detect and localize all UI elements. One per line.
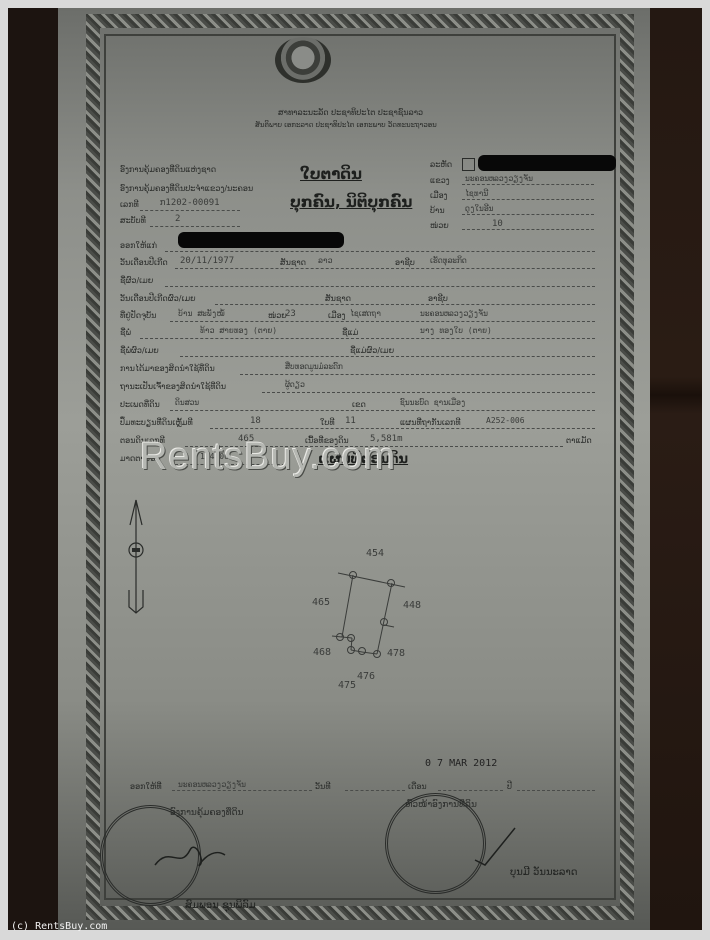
copyright-notice: (c) RentsBuy.com: [11, 921, 107, 932]
field-value-zone: ຊົນນະບົດ ຊານເມືອງ: [400, 398, 466, 407]
field-label-spouse-mother: ຊື່ແມ່ຜົວ/ເມຍ: [350, 346, 394, 355]
village-label: ບ້ານ: [430, 206, 445, 215]
left-sign-name: ສົມພອນ ຊຸນພິລົມ: [185, 900, 256, 911]
field-value-ownership: ຜູ້ດຽວ: [285, 380, 305, 389]
field-value-unit: 23: [285, 309, 296, 319]
rentsbuy-watermark: RentsBuy.com: [140, 436, 396, 479]
field-label-sheet: ໃບທີ: [320, 418, 335, 427]
district-label: ເມືອງ: [430, 191, 448, 200]
field-value-map-number: A252-006: [486, 416, 525, 425]
left-signature-icon: [150, 835, 230, 875]
national-emblem-icon: [275, 37, 331, 83]
right-sign-name: ບຸນມີ ວັນນະລາດ: [510, 867, 577, 878]
issued-at-label: ອອກໃຫ້ທີ່: [130, 782, 162, 791]
dept-line-1: ອົງການຄຸ້ມຄອງທີ່ດິນແຫ່ງຊາດ: [120, 165, 216, 174]
field-label-register-book: ປຶ້ມທະບຽນທີ່ດິນເຫຼັ້ມທີ: [120, 418, 193, 427]
right-signature-icon: [470, 825, 520, 870]
province-value: ນະຄອນຫລວງວຽງຈັນ: [465, 174, 533, 183]
field-value-mother: ນາງ ທອງໃບ (ຕາຍ): [420, 326, 492, 335]
field-label-spouse-dob: ວັນເດືອນປີເກີດຜົວ/ເມຍ: [120, 294, 196, 303]
volume-number: 2: [175, 214, 180, 224]
field-value-acquisition: ສືບທອດມູນມໍລະດົກ: [285, 362, 343, 371]
redacted-owner-name: [178, 232, 344, 248]
field-value-father: ທ້າວ ສາຍທອງ (ຕາຍ): [200, 326, 277, 335]
field-label-ownership: ຖານະເປັນເຈົ້າຂອງສິດນຳໃຊ້ທີ່ດິນ: [120, 382, 226, 391]
field-label-dob: ວັນເດືອນປີເກີດ: [120, 258, 168, 267]
field-label-spouse: ຊື່ຜົວ/ເມຍ: [120, 276, 153, 285]
parcel-label-west: 465: [312, 597, 330, 608]
field-label-father: ຊື່ພໍ່: [120, 328, 131, 337]
field-value-sheet: 11: [345, 416, 356, 426]
issued-at-value: ນະຄອນຫລວງວຽງຈັນ: [178, 780, 246, 789]
parcel-label-south-2: 476: [357, 671, 375, 682]
field-value-land-type: ດິນສວນ: [175, 398, 199, 407]
code-box: [462, 158, 475, 171]
document-subtitle: ບຸກຄົນ, ນິຕິບຸກຄົນ: [290, 193, 412, 211]
month-label: ເດືອນ: [408, 782, 427, 791]
field-value-dob: 20/11/1977: [180, 256, 234, 266]
field-label-address: ທີ່ຢູ່ປັດຈຸບັນ: [120, 311, 156, 320]
right-sign-title: ຫົວໜ້າອົງການທີ່ດິນ: [405, 800, 477, 810]
field-label-unit: ໜ່ວຍ: [268, 311, 287, 320]
year-label: ປີ: [507, 782, 512, 791]
redacted-code: [478, 155, 616, 171]
field-value-district: ໄຊເສດຖາ: [350, 309, 381, 318]
field-label-issued-to: ອອກໃຫ້ແກ່: [120, 241, 157, 250]
field-label-district: ເມືອງ: [328, 311, 346, 320]
motto-line: ສັນຕິພາບ ເອກະລາດ ປະຊາທິປະໄຕ ເອກະພາບ ວັດທ…: [255, 121, 437, 129]
north-arrow-icon: [118, 495, 158, 620]
parcel-label-southwest: 468: [313, 647, 331, 658]
parcel-label-north: 454: [366, 548, 384, 559]
field-value-occupation: ເຮັດທຸລະກິດ: [430, 256, 467, 265]
field-label-acquisition: ການໄດ້ມາຂອງສິດນຳໃຊ້ທີ່ດິນ: [120, 364, 215, 373]
document-title: ໃບຕາດິນ: [300, 165, 362, 183]
number-label: ເລກທີ: [120, 200, 139, 209]
parcel-label-east: 448: [403, 600, 421, 611]
field-label-spouse-occupation: ອາຊີບ: [428, 294, 448, 303]
field-value-nationality: ລາວ: [318, 256, 332, 265]
unit-value: 10: [492, 219, 503, 229]
province-label: ແຂວງ: [430, 176, 450, 185]
field-value-register-book: 18: [250, 416, 261, 426]
district-value: ໄຊທານີ: [465, 189, 488, 198]
field-label-mother: ຊື່ແມ່: [342, 328, 358, 337]
field-value-village: ບ້ານ ສະພັງໝໍ້: [178, 309, 225, 318]
unit-label: ໜ່ວຍ: [430, 221, 449, 230]
field-label-occupation: ອາຊີບ: [395, 258, 415, 267]
field-label-zone: ເຂດ: [352, 400, 366, 409]
issue-date-stamp: 0 7 MAR 2012: [425, 758, 497, 769]
village-value: ດຸງໃນອີນ: [465, 204, 493, 213]
code-label: ລະຫັດ: [430, 160, 452, 169]
parcel-label-south-1: 475: [338, 680, 356, 691]
field-label-nationality: ສັນຊາດ: [280, 258, 306, 267]
left-sign-title: ອົງການຄຸ້ມຄອງທີ່ດິນ: [170, 808, 243, 818]
parcel-label-southeast: 478: [387, 648, 405, 659]
dept-line-2: ອົງການຄຸ້ມຄອງທີ່ດິນປະຈຳແຂວງ/ນະຄອນ: [120, 184, 253, 193]
field-label-spouse-nationality: ສັນຊາດ: [325, 294, 351, 303]
field-label-sq-meter: ຕາແມັດ: [566, 436, 592, 445]
field-value-province: ນະຄອນຫລວງວຽງຈັນ: [420, 309, 488, 318]
country-line: ສາທາລະນະລັດ ປະຊາທິປະໄຕ ປະຊາຊົນລາວ: [278, 108, 423, 117]
field-label-land-type: ປະເພດທີ່ດິນ: [120, 400, 160, 409]
certificate-number: ກ1202-00091: [160, 198, 220, 208]
field-label-map-number: ແຜນທີ່ຖາກັນເລກທີ: [400, 418, 461, 427]
field-label-spouse-father: ຊື່ພໍ່ຜົວ/ເມຍ: [120, 346, 159, 355]
volume-label: ສະບັບທີ: [120, 216, 146, 225]
day-label: ວັນທີ: [315, 782, 331, 791]
